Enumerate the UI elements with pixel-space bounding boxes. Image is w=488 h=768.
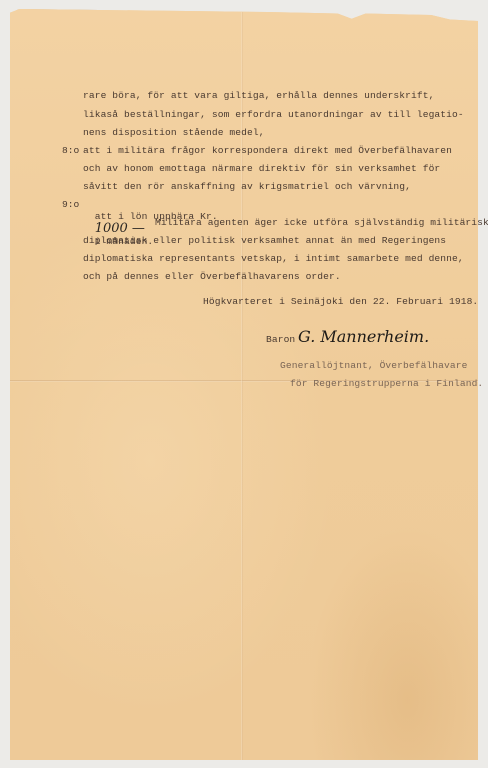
item-number-9: 9:o xyxy=(62,199,79,211)
item-number-8: 8:o xyxy=(62,145,79,157)
paragraph-line: diplomatisk eller politisk verksamhet an… xyxy=(83,235,446,247)
vertical-fold-line xyxy=(241,12,243,760)
paragraph-line: Militära agenten äger icke utföra självs… xyxy=(155,217,488,229)
text-line: att i militära frågor korrespondera dire… xyxy=(83,145,452,157)
place-date: Högkvarteret i Seinäjoki den 22. Februar… xyxy=(203,296,478,308)
title-line: för Regeringstrupperna i Finland. xyxy=(290,378,483,390)
salary-amount-handwritten: 1000 — xyxy=(95,221,145,236)
paragraph-line: diplomatiska representants vetskap, i in… xyxy=(83,253,464,265)
paragraph-line: och på dennes eller Överbefälhavarens or… xyxy=(83,271,341,283)
text-line: likaså beställningar, som erfordra utano… xyxy=(83,109,464,121)
text-line: nens disposition stående medel, xyxy=(83,127,265,139)
title-line: Generallöjtnant, Överbefälhavare xyxy=(280,360,467,372)
handwritten-signature: G. Mannerheim. xyxy=(298,327,429,346)
text-line: och av honom emottaga närmare direktiv f… xyxy=(83,163,440,175)
text-line: såvitt den rör anskaffning av krigsmatri… xyxy=(83,181,411,193)
text-line: rare böra, för att vara giltiga, erhålla… xyxy=(83,90,434,102)
signature-prefix: Baron xyxy=(266,334,295,346)
